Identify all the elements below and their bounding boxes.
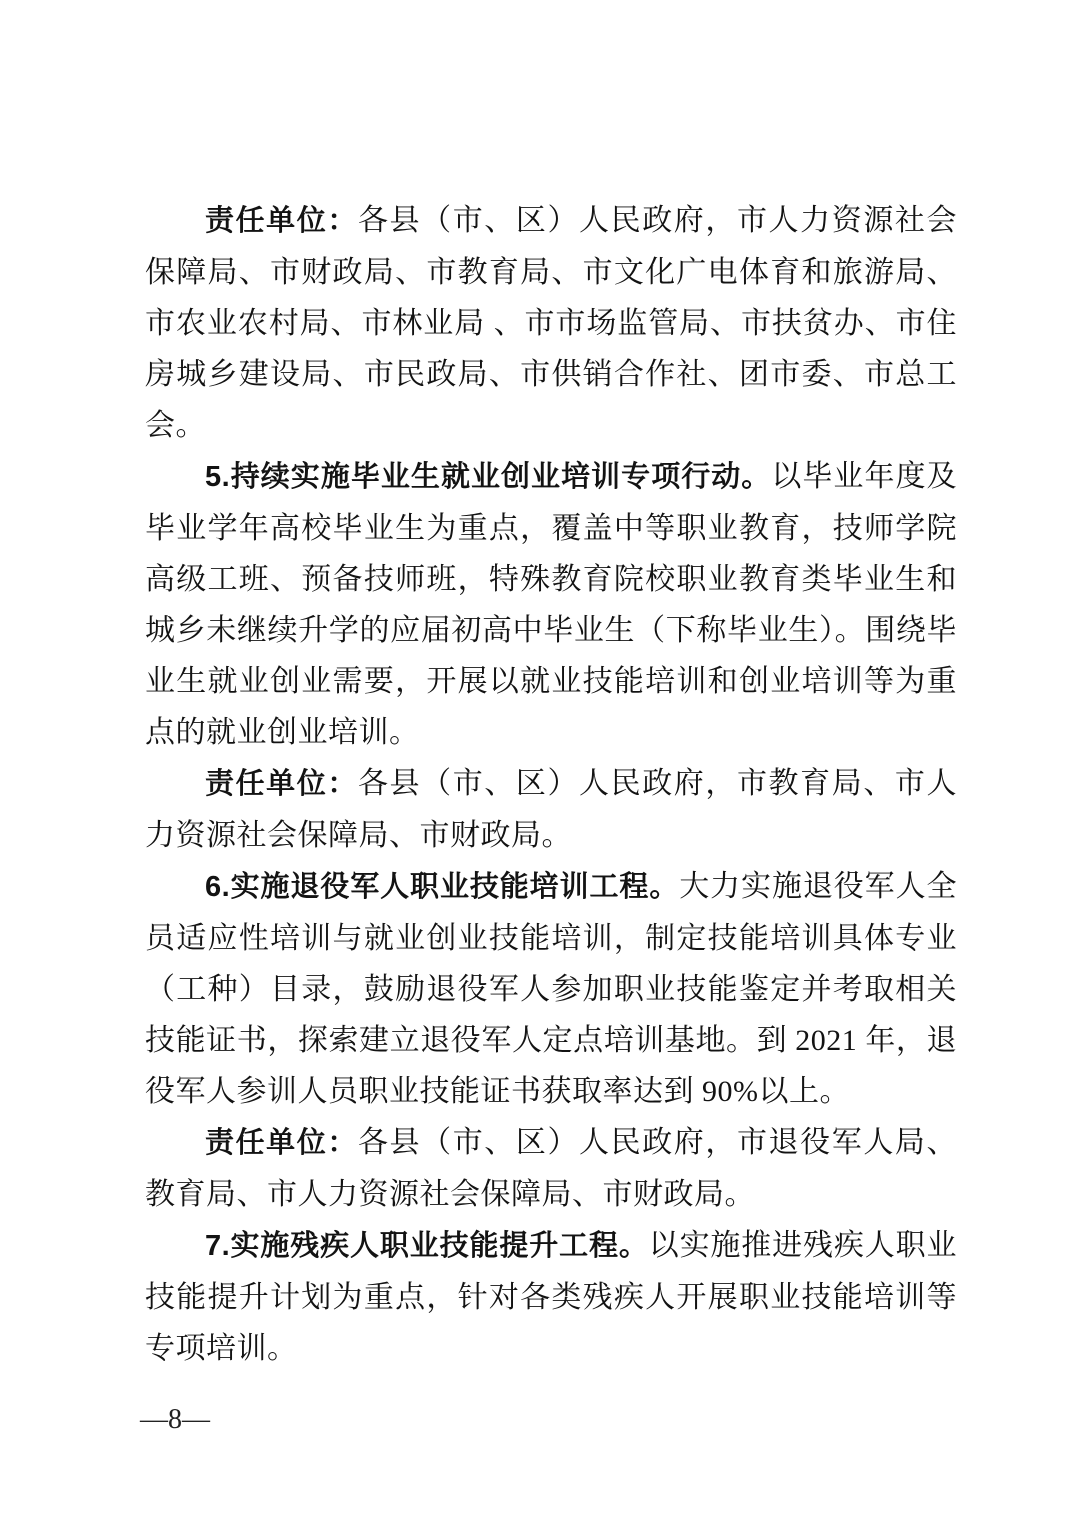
- paragraph-responsible-units-2: 责任单位：各县（市、区）人民政府，市教育局、市人力资源社会保障局、市财政局。: [145, 758, 957, 861]
- section-6-heading: 6.实施退役军人职业技能培训工程。: [205, 871, 679, 903]
- paragraph-text: 以毕业年度及毕业学年高校毕业生为重点，覆盖中等职业教育，技师学院高级工班、预备技…: [145, 460, 957, 749]
- page-number: —8—: [140, 1404, 210, 1436]
- responsible-units-label: 责任单位：: [205, 205, 358, 237]
- paragraph-responsible-units-3: 责任单位：各县（市、区）人民政府，市退役军人局、教育局、市人力资源社会保障局、市…: [145, 1117, 957, 1220]
- paragraph-text: 各县（市、区）人民政府，市人力资源社会保障局、市财政局、市教育局、市文化广电体育…: [145, 204, 957, 442]
- paragraph-section-7: 7.实施残疾人职业技能提升工程。以实施推进残疾人职业技能提升计划为重点，针对各类…: [145, 1220, 957, 1374]
- paragraph-responsible-units-1: 责任单位：各县（市、区）人民政府，市人力资源社会保障局、市财政局、市教育局、市文…: [145, 195, 957, 451]
- paragraph-section-6: 6.实施退役军人职业技能培训工程。大力实施退役军人全员适应性培训与就业创业技能培…: [145, 861, 957, 1117]
- section-7-heading: 7.实施残疾人职业技能提升工程。: [205, 1230, 649, 1262]
- responsible-units-label: 责任单位：: [205, 1127, 358, 1159]
- document-body: 责任单位：各县（市、区）人民政府，市人力资源社会保障局、市财政局、市教育局、市文…: [145, 195, 957, 1374]
- paragraph-section-5: 5.持续实施毕业生就业创业培训专项行动。以毕业年度及毕业学年高校毕业生为重点，覆…: [145, 451, 957, 758]
- section-5-heading: 5.持续实施毕业生就业创业培训专项行动。: [205, 461, 771, 493]
- responsible-units-label: 责任单位：: [205, 768, 358, 800]
- document-page: 责任单位：各县（市、区）人民政府，市人力资源社会保障局、市财政局、市教育局、市文…: [0, 0, 1074, 1520]
- paragraph-text: 大力实施退役军人全员适应性培训与就业创业技能培训，制定技能培训具体专业（工种）目…: [145, 870, 957, 1108]
